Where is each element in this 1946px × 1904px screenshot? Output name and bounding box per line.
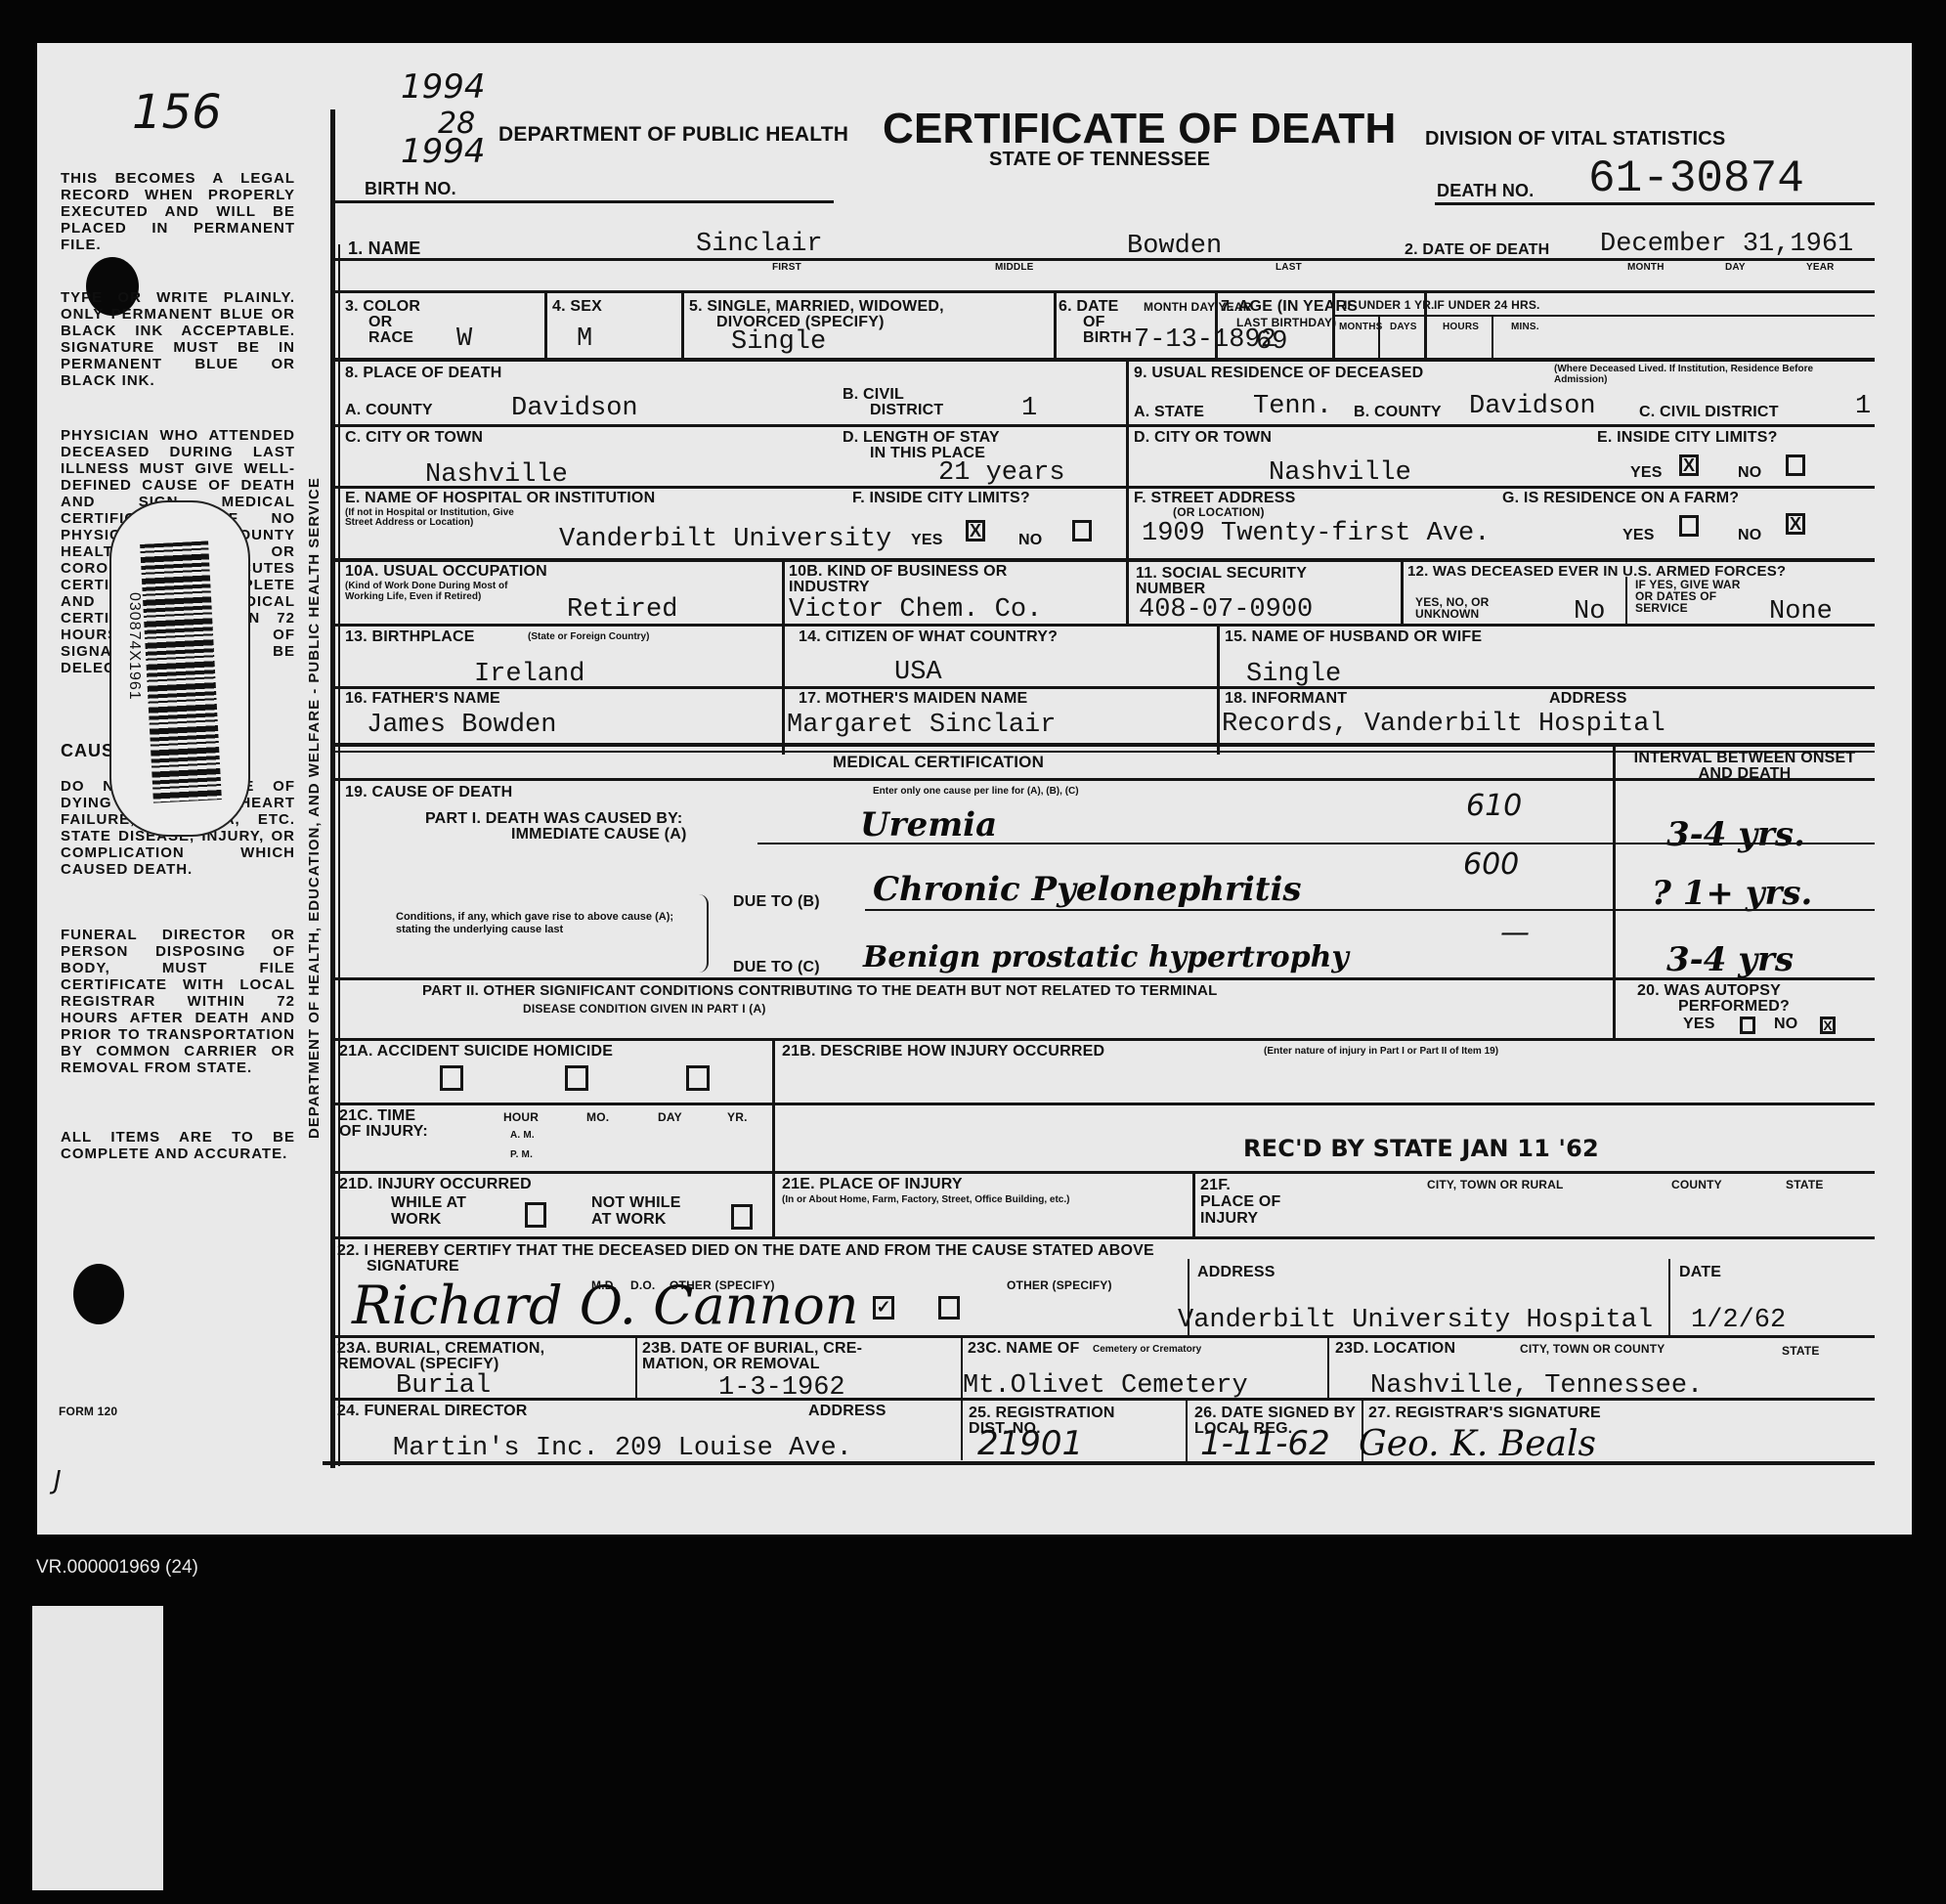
days-label: DAYS [1390, 322, 1417, 332]
cell-divider [1192, 1171, 1195, 1238]
do-label: D.O. [630, 1279, 655, 1291]
pod-hospital-label: E. NAME OF HOSPITAL OR INSTITUTION [345, 491, 655, 506]
cell-divider [1054, 291, 1057, 358]
certifier-date: 1/2/62 [1691, 1307, 1786, 1334]
death-no-value: 61-30874 [1588, 156, 1804, 201]
funeral-director-value: Martin's Inc. 209 Louise Ave. [393, 1435, 852, 1462]
row-line [335, 558, 1875, 562]
res-city-label: D. CITY OR TOWN [1134, 430, 1272, 446]
department-label: DEPARTMENT OF PUBLIC HEALTH [498, 127, 848, 143]
signature-label: SIGNATURE [367, 1259, 459, 1275]
row-line [335, 290, 1875, 293]
yr-label: YR. [727, 1111, 748, 1123]
pod-hospital-value: Vanderbilt University [559, 526, 891, 553]
death-no-line [1435, 202, 1875, 205]
row-line [335, 1398, 1875, 1401]
cemetery-name: Mt.Olivet Cemetery [963, 1372, 1248, 1400]
certifier-address: Vanderbilt University Hospital [1178, 1307, 1653, 1334]
location-label: 23D. LOCATION [1335, 1341, 1455, 1357]
place-f-label: 21F. PLACE OF INJURY [1200, 1177, 1288, 1227]
suicide-checkbox[interactable] [565, 1065, 588, 1091]
vertical-department-text: DEPARTMENT OF HEALTH, EDUCATION, AND WEL… [306, 477, 323, 1139]
disposition-method-label-2: REMOVAL (SPECIFY) [337, 1357, 499, 1372]
place-injury-note: (In or About Home, Farm, Factory, Street… [782, 1194, 1192, 1205]
cemetery-label: 23C. NAME OF [968, 1341, 1079, 1357]
informant-address-label: ADDRESS [1549, 691, 1627, 707]
cause-instruction: Enter only one cause per line for (A), (… [873, 786, 1079, 797]
medical-heading: MEDICAL CERTIFICATION [833, 755, 1044, 770]
row-line [335, 686, 1875, 689]
cell-divider [1126, 562, 1129, 625]
cell-divider [1625, 577, 1627, 625]
cell-line [1332, 315, 1875, 317]
column-divider [782, 562, 785, 755]
row-line [335, 358, 1875, 362]
autopsy-label-1: 20. WAS AUTOPSY [1637, 983, 1781, 999]
res-inside-limits-no-checkbox[interactable] [1786, 454, 1805, 476]
res-farm-yes-label: YES [1622, 528, 1655, 543]
handwritten-initials: J [54, 1466, 62, 1495]
cause-c-text: Benign prostatic hypertrophy [863, 940, 1349, 975]
due-to-b-label: DUE TO (B) [733, 894, 820, 910]
disposition-method-label-1: 23A. BURIAL, CREMATION, [337, 1341, 544, 1357]
disposition-date-label-1: 23B. DATE OF BURIAL, CRE- [642, 1341, 862, 1357]
cell-divider [1215, 291, 1218, 358]
interval-divider [1613, 747, 1616, 1040]
pod-inside-limits-yes-checkbox[interactable]: X [966, 520, 985, 541]
row-line [335, 1335, 1875, 1338]
citizen-label: 14. CITIZEN OF WHAT COUNTRY? [799, 629, 1058, 645]
date-of-death-value: December 31,1961 [1600, 231, 1853, 258]
father-value: James Bowden [367, 712, 556, 739]
physician-signature: Richard O. Cannon [352, 1288, 858, 1323]
color-race-label-2: OR [368, 315, 392, 330]
received-stamp: REC'D BY STATE JAN 11 '62 [1243, 1137, 1599, 1160]
death-no-label: DEATH NO. [1437, 183, 1534, 198]
pod-district-label-1: B. CIVIL [843, 387, 904, 403]
birth-date-label-3: BIRTH [1083, 330, 1132, 346]
birth-date-value: 7-13-1892 [1134, 326, 1276, 354]
do-checkbox[interactable] [938, 1296, 960, 1320]
row-line [335, 424, 1126, 427]
describe-injury-label: 21B. DESCRIBE HOW INJURY OCCURRED [782, 1044, 1104, 1060]
res-farm-label: G. IS RESIDENCE ON A FARM? [1502, 491, 1739, 506]
cell-divider [1424, 291, 1427, 358]
birthplace-value: Ireland [474, 661, 584, 688]
disposition-date-label-2: MATION, OR REMOVAL [642, 1357, 820, 1372]
state-subtitle: STATE OF TENNESSEE [989, 151, 1210, 167]
pod-yes-label: YES [911, 533, 943, 548]
mother-value: Margaret Sinclair [787, 712, 1056, 739]
certificate-title: CERTIFICATE OF DEATH [883, 108, 1396, 151]
res-city-value: Nashville [1269, 459, 1411, 487]
occupation-note: (Kind of Work Done During Most of Workin… [345, 581, 516, 602]
form-left-border [330, 109, 335, 1468]
while-work-checkbox[interactable] [525, 1202, 546, 1228]
autopsy-yes-checkbox[interactable] [1740, 1017, 1755, 1034]
name-label: 1. NAME [348, 240, 420, 256]
color-race-label-3: RACE [368, 330, 413, 346]
not-while-work-label: NOT WHILE AT WORK [591, 1194, 689, 1228]
business-label-2: INDUSTRY [789, 580, 870, 595]
birth-date-label-2: OF [1083, 315, 1105, 330]
disposition-method: Burial [396, 1372, 491, 1400]
cause-line [865, 909, 1875, 911]
res-street-label: F. STREET ADDRESS [1134, 491, 1296, 506]
war-label: IF YES, GIVE WAR OR DATES OF SERVICE [1635, 579, 1743, 614]
row-line [335, 1103, 1875, 1105]
res-yes-label: YES [1630, 465, 1663, 481]
sex-label: 4. SEX [552, 299, 602, 315]
pod-no-label: NO [1018, 533, 1042, 548]
column-divider [1126, 362, 1129, 561]
pod-stay-value: 21 years [938, 459, 1065, 487]
cause-b-interval: ? 1+ yrs. [1652, 876, 1812, 911]
res-farm-no-checkbox[interactable]: X [1786, 513, 1805, 535]
armed-forces-value: No [1574, 598, 1605, 626]
md-label: M.D. [591, 1279, 617, 1291]
cause-b-text: Chronic Pyelonephritis [873, 872, 1302, 907]
pod-city-value: Nashville [425, 461, 568, 489]
time-injury-label-2: OF INJURY: [339, 1124, 428, 1140]
pod-county-value: Davidson [511, 395, 638, 422]
funeral-notice: FUNERAL DIRECTOR OR PERSON DISPOSING OF … [61, 927, 295, 1076]
mo-label: MO. [586, 1111, 609, 1123]
row-line [1126, 486, 1875, 489]
cause-b-code: 600 [1463, 850, 1519, 880]
location-sublabel: CITY, TOWN OR COUNTY [1520, 1343, 1665, 1355]
marital-label-1: 5. SINGLE, MARRIED, WIDOWED, [689, 299, 944, 315]
cell-divider [1378, 315, 1380, 358]
business-label-1: 10B. KIND OF BUSINESS OR [789, 564, 1008, 580]
microfilm-id: VR.000001969 (24) [36, 1557, 198, 1579]
describe-injury-note: (Enter nature of injury in Part I or Par… [1264, 1046, 1498, 1057]
ink-notice: TYPE OR WRITE PLAINLY. ONLY PERMANENT BL… [61, 289, 295, 389]
cause-c-code: — [1500, 919, 1530, 948]
funeral-director-label: 24. FUNERAL DIRECTOR [337, 1404, 528, 1419]
reg-dist-value: 21901 [977, 1429, 1083, 1458]
md-checkbox[interactable]: ✓ [873, 1296, 894, 1320]
row-line [335, 1038, 1875, 1041]
form-bottom-border [323, 1461, 1875, 1465]
marital-value: Single [731, 328, 826, 356]
res-county-value: Davidson [1469, 393, 1596, 420]
form-left-border-inner [338, 244, 340, 1466]
injury-occurred-label: 21D. INJURY OCCURRED [339, 1177, 532, 1192]
name-last: Bowden [1127, 233, 1222, 260]
cell-divider [1668, 1259, 1670, 1337]
column-divider [772, 1040, 775, 1238]
last-label: LAST [1276, 262, 1302, 273]
res-no-label: NO [1738, 465, 1761, 481]
certifier-date-label: DATE [1679, 1265, 1721, 1280]
res-state-value: Tenn. [1253, 393, 1332, 420]
conditions-note: Conditions, if any, which gave rise to a… [396, 911, 689, 936]
citizen-value: USA [894, 659, 942, 686]
sex-value: M [577, 325, 592, 353]
handwritten-file-number: 156 [132, 98, 222, 127]
ssn-value: 408-07-0900 [1139, 596, 1313, 624]
autopsy-no-label: NO [1774, 1017, 1797, 1032]
date-signed-value: 1-11-62 [1200, 1429, 1330, 1458]
first-label: FIRST [772, 262, 801, 273]
mother-label: 17. MOTHER'S MAIDEN NAME [799, 691, 1027, 707]
state-label-injury: STATE [1786, 1179, 1824, 1190]
cause-label: 19. CAUSE OF DEATH [345, 785, 512, 801]
row-line [335, 258, 1875, 261]
form-number: FORM 120 [59, 1406, 117, 1417]
barcode [140, 541, 222, 802]
legal-record-notice: THIS BECOMES A LEGAL RECORD WHEN PROPERL… [61, 170, 295, 253]
res-district-value: 1 [1855, 393, 1871, 420]
birthplace-note: (State or Foreign Country) [528, 631, 649, 642]
informant-value: Records, Vanderbilt Hospital [1222, 711, 1665, 738]
cell-divider [1332, 291, 1335, 358]
armed-forces-sublabel: YES, NO, OR UNKNOWN [1415, 596, 1533, 620]
target-patch [32, 1606, 163, 1890]
pod-district-value: 1 [1021, 395, 1037, 422]
pod-hospital-note: (If not in Hospital or Institution, Give… [345, 508, 521, 528]
res-county-label: B. COUNTY [1354, 405, 1442, 420]
location-state-label: STATE [1782, 1345, 1820, 1357]
location-value: Nashville, Tennessee. [1370, 1372, 1703, 1400]
occupation-value: Retired [567, 596, 677, 624]
residence-label: 9. USUAL RESIDENCE OF DECEASED [1134, 366, 1423, 381]
hour-label: HOUR [503, 1111, 539, 1123]
war-value: None [1769, 598, 1833, 626]
birth-no-label: BIRTH NO. [365, 181, 456, 196]
row-line [335, 624, 1875, 627]
row-line [335, 778, 1875, 781]
handwritten-year-1: 1994 [401, 72, 486, 102]
months-label: MONTHS [1339, 322, 1383, 332]
under-1yr-label: IF UNDER 1 YR. [1344, 299, 1435, 311]
father-label: 16. FATHER'S NAME [345, 691, 500, 707]
pod-city-label: C. CITY OR TOWN [345, 430, 483, 446]
cause-a-code: 610 [1466, 792, 1522, 821]
place-injury-label: 21E. PLACE OF INJURY [782, 1177, 963, 1192]
handwritten-year-2: 1994 [401, 137, 486, 166]
punch-hole [73, 1264, 124, 1324]
occupation-label: 10A. USUAL OCCUPATION [345, 564, 547, 580]
cause-a-interval: 3-4 yrs. [1666, 817, 1805, 852]
ssn-label-1: 11. SOCIAL SECURITY [1136, 566, 1307, 582]
row-line [335, 977, 1875, 980]
year-label: YEAR [1806, 262, 1835, 273]
name-first: Sinclair [696, 231, 823, 258]
date-signed-label-1: 26. DATE SIGNED BY [1194, 1406, 1356, 1421]
part1-label-2: IMMEDIATE CAUSE (A) [511, 827, 687, 843]
informant-label: 18. INFORMANT [1225, 691, 1347, 707]
barcode-number: 030874X1961 [125, 592, 143, 701]
cell-divider [1327, 1335, 1329, 1398]
not-while-work-checkbox[interactable] [731, 1204, 753, 1230]
res-inside-limits-yes-checkbox[interactable]: X [1679, 454, 1699, 476]
res-street-note: (OR LOCATION) [1173, 506, 1265, 518]
part2-label-1: PART II. OTHER SIGNIFICANT CONDITIONS CO… [422, 983, 1217, 999]
registrar-signature: Geo. K. Beals [1359, 1427, 1596, 1462]
part1-label-1: PART I. DEATH WAS CAUSED BY: [425, 811, 682, 827]
spouse-value: Single [1246, 661, 1341, 688]
cell-divider [1401, 562, 1404, 625]
county-label-injury: COUNTY [1671, 1179, 1722, 1190]
age-value: 69 [1256, 328, 1287, 356]
day-label: DAY [1725, 262, 1746, 273]
cell-divider [635, 1335, 637, 1398]
column-divider [1217, 626, 1220, 755]
reg-dist-label-1: 25. REGISTRATION [969, 1406, 1115, 1421]
pod-inside-limits-label: F. INSIDE CITY LIMITS? [852, 491, 1030, 506]
row-line [1126, 424, 1875, 427]
date-of-death-label: 2. DATE OF DEATH [1405, 242, 1549, 258]
row-line [335, 1171, 1875, 1174]
funeral-address-label: ADDRESS [808, 1404, 887, 1419]
due-to-c-label: DUE TO (C) [733, 960, 820, 975]
while-work-label: WHILE AT WORK [391, 1194, 479, 1228]
res-inside-limits-label: E. INSIDE CITY LIMITS? [1597, 430, 1778, 446]
row-line [335, 743, 1875, 747]
cause-line [757, 843, 1875, 844]
res-district-label: C. CIVIL DISTRICT [1639, 405, 1779, 420]
birth-date-label-1: 6. DATE [1059, 299, 1119, 315]
pod-county-label: A. COUNTY [345, 403, 433, 418]
birth-no-line [335, 200, 834, 203]
cell-divider [544, 291, 547, 358]
cell-divider [1492, 315, 1493, 358]
middle-label: MIDDLE [995, 262, 1034, 273]
place-of-death-label: 8. PLACE OF DEATH [345, 366, 501, 381]
complete-notice: ALL ITEMS ARE TO BE COMPLETE AND ACCURAT… [61, 1129, 295, 1162]
res-state-label: A. STATE [1134, 405, 1204, 420]
spouse-label: 15. NAME OF HUSBAND OR WIFE [1225, 629, 1482, 645]
color-race-label-1: 3. COLOR [345, 299, 420, 315]
cause-a-text: Uremia [860, 807, 997, 843]
pod-stay-label-1: D. LENGTH OF STAY [843, 430, 1000, 446]
month-label: MONTH [1627, 262, 1665, 273]
cell-divider [681, 291, 684, 358]
autopsy-label-2: PERFORMED? [1678, 999, 1790, 1015]
brace [699, 894, 709, 973]
pm-label: P. M. [510, 1149, 533, 1160]
res-farm-no-label: NO [1738, 528, 1761, 543]
time-injury-label-1: 21C. TIME [339, 1108, 415, 1124]
other-label: OTHER (SPECIFY) [670, 1279, 775, 1291]
certify-label: 22. I HEREBY CERTIFY THAT THE DECEASED D… [337, 1243, 1154, 1259]
cemetery-note: Cemetery or Crematory [1093, 1344, 1201, 1355]
pod-district-label-2: DISTRICT [870, 403, 943, 418]
row-line [335, 486, 1126, 489]
res-street-value: 1909 Twenty-first Ave. [1142, 520, 1490, 547]
division-label: DIVISION OF VITAL STATISTICS [1425, 131, 1725, 147]
pod-inside-limits-no-checkbox[interactable] [1072, 520, 1092, 541]
am-label: A. M. [510, 1130, 535, 1141]
under-24hrs-label: IF UNDER 24 HRS. [1434, 299, 1540, 311]
age-label-1: 7. AGE (IN YEARS [1221, 299, 1358, 315]
hours-label: HOURS [1443, 322, 1479, 332]
color-race-value: W [456, 325, 472, 353]
row-line [335, 1236, 1875, 1239]
business-value: Victor Chem. Co. [789, 596, 1042, 624]
part2-label-2: DISEASE CONDITION GIVEN IN PART I (A) [523, 1003, 766, 1015]
city-town-rural-label: CITY, TOWN OR RURAL [1427, 1179, 1564, 1190]
manner-label: 21A. ACCIDENT SUICIDE HOMICIDE [339, 1044, 613, 1060]
other-specify-label: OTHER (SPECIFY) [1007, 1279, 1112, 1291]
accident-checkbox[interactable] [440, 1065, 463, 1091]
certifier-address-label: ADDRESS [1197, 1265, 1276, 1280]
homicide-checkbox[interactable] [686, 1065, 710, 1091]
mins-label: MINS. [1511, 322, 1539, 332]
residence-note: (Where Deceased Lived. If Institution, R… [1554, 364, 1867, 385]
autopsy-no-checkbox[interactable]: X [1820, 1017, 1836, 1034]
autopsy-yes-label: YES [1683, 1017, 1715, 1032]
res-farm-yes-checkbox[interactable] [1679, 515, 1699, 537]
cell-divider [1186, 1400, 1188, 1462]
birthplace-label: 13. BIRTHPLACE [345, 629, 475, 645]
registrar-signature-label: 27. REGISTRAR'S SIGNATURE [1368, 1406, 1601, 1421]
day-label-injury: DAY [658, 1111, 682, 1123]
cause-c-interval: 3-4 yrs [1666, 942, 1794, 977]
